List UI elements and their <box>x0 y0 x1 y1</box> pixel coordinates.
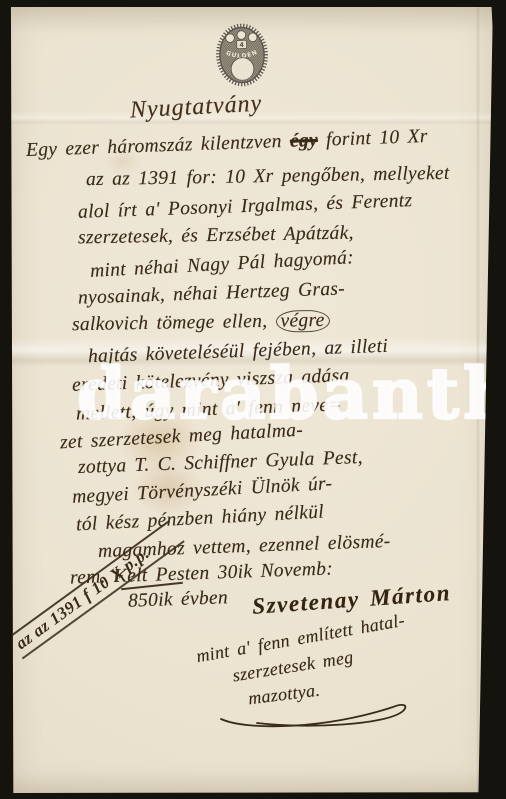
manuscript-line: nyosainak, néhai Hertzeg Gras- <box>78 278 346 309</box>
manuscript-line: szerzetesek, és Erzsébet Apátzák, <box>78 223 354 250</box>
circled-word: végre <box>275 310 329 333</box>
photo-watermark: darabanth <box>77 359 506 429</box>
text-segment: salkovich tömege ellen, <box>72 311 276 336</box>
signature-flourish <box>217 699 417 733</box>
seal-denomination: 4 <box>239 41 244 49</box>
seal-hole-left <box>226 34 235 43</box>
text-segment: Egy ezer háromszáz kilentzven <box>26 131 291 161</box>
seal-center-medallion <box>231 57 254 80</box>
photo-background: { "colors": { "background": "#15130d", "… <box>0 0 506 799</box>
signature-name: Szvetenay Márton <box>251 580 452 620</box>
seal-hole-center <box>237 31 246 40</box>
seal-hole-right <box>248 33 257 42</box>
manuscript-line: tól kész pénzben hiány nélkül <box>76 502 325 537</box>
manuscript-page: 4 GULDEN Nyugtatvány Egy ezer háromszáz … <box>9 7 493 793</box>
struck-word: égy <box>290 130 319 152</box>
manuscript-line: Egy ezer háromszáz kilentzven égy forint… <box>26 126 428 162</box>
manuscript-line: salkovich tömege ellen, végre <box>72 310 330 337</box>
embossed-revenue-stamp-seal: 4 GULDEN <box>214 20 270 90</box>
manuscript-line: mint néhai Nagy Pál hagyomá: <box>90 247 355 283</box>
text-segment: forint 10 Xr <box>318 126 429 151</box>
manuscript-line: alol írt a' Posonyi Irgalmas, és Ferentz <box>78 190 413 224</box>
manuscript-line: az az 1391 for: 10 Xr pengőben, mellyeke… <box>86 163 450 191</box>
manuscript-line: 850ik évben <box>128 587 229 612</box>
